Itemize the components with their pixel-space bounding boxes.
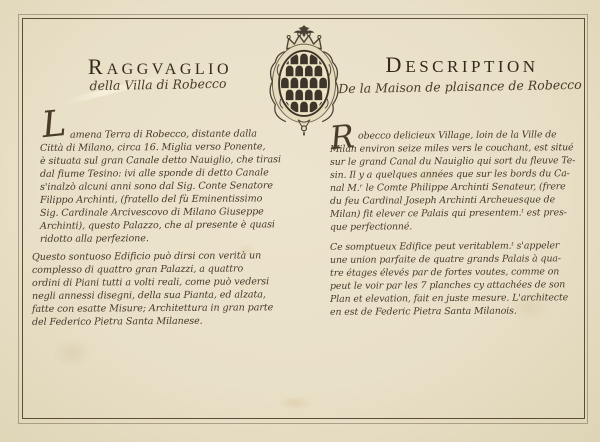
italian-paragraph-2: Questo sontuoso Edificio può dirsi con v… [32,250,302,328]
paper-stain [278,396,312,410]
french-title: DESCRIPTION [356,52,568,78]
engraved-document-sheet: RAGGVAGLIO della Villa di Robecco L amen… [0,0,600,442]
french-paragraph-2: Ce somptueux Edifice peut veritablem.ᵗ s… [330,240,582,318]
eagle-icon [293,25,314,36]
coat-of-arms [256,24,352,137]
pendant-ornament [298,120,309,136]
paper-stain [52,338,92,368]
shield [279,51,329,116]
french-paragraph-1: obecco delicieux Village, loin de la Vil… [330,129,582,233]
italian-paragraph-1: amena Terra di Robecco, distante dallaCi… [40,128,302,245]
